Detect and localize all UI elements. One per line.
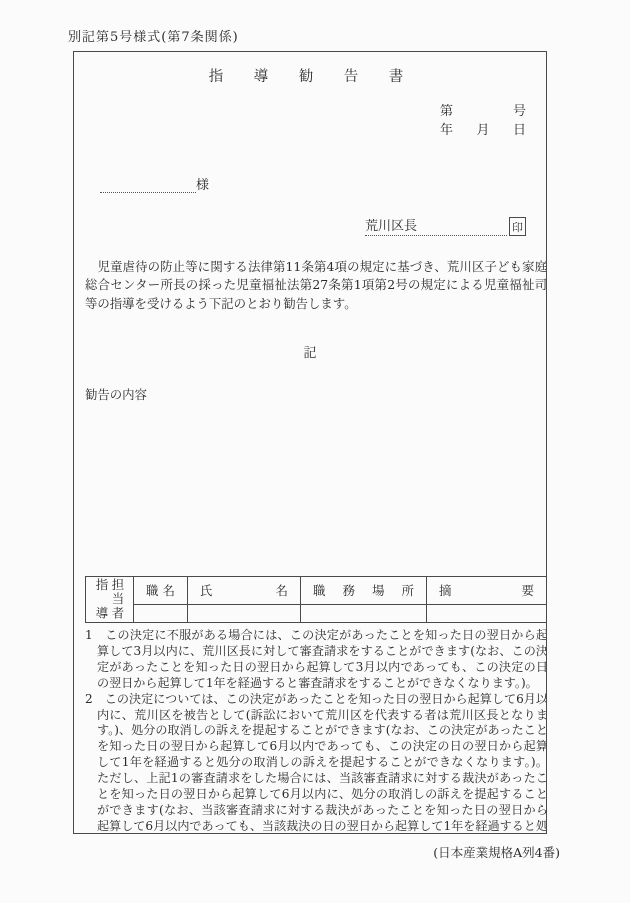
document-border-box: 指 導 勧 告 書 第 号 年 月 日 様 荒川区長 印 児童虐待の防止等に関す… [73, 51, 547, 834]
cell-work-place [301, 604, 427, 622]
document-page: 別記第5号様式(第7条関係) 指 導 勧 告 書 第 号 年 月 日 様 荒川区… [0, 0, 630, 903]
jis-paper-size-label: (日本産業規格A列4番) [433, 843, 560, 861]
date-day-label: 日 [513, 122, 526, 141]
document-number-line: 第 号 [440, 103, 526, 122]
document-date-line: 年 月 日 [440, 122, 526, 141]
recipient-line: 様 [100, 174, 209, 193]
ki-section-marker: 記 [74, 342, 546, 361]
note-2: 2 この決定については、この決定があったことを知った日の翌日から起算して6月以内… [85, 692, 547, 834]
staff-table: 指導 担当者 職名 氏名 職務場所 摘要 [85, 576, 547, 623]
seal-mark-label: 印 [512, 219, 523, 235]
corner-left-vertical-label: 指導 [95, 578, 108, 619]
table-corner-cell: 指導 担当者 [86, 577, 134, 623]
header-work-place: 職務場所 [301, 577, 427, 605]
body-paragraph: 児童虐待の防止等に関する法律第11条第4項の規定に基づき、荒川区子ども家庭総合セ… [85, 258, 547, 313]
number-suffix-label: 号 [513, 103, 526, 122]
recommendation-content-label: 勧告の内容 [85, 385, 147, 403]
note-1: 1 この決定に不服がある場合には、この決定があったことを知った日の翌日から起算し… [85, 628, 547, 692]
cell-name [188, 604, 301, 622]
date-year-label: 年 [440, 122, 453, 141]
cell-job-title [134, 604, 188, 622]
header-name: 氏名 [188, 577, 301, 605]
table-row [86, 604, 547, 622]
form-style-label: 別記第5号様式(第7条関係) [68, 26, 239, 45]
document-title: 指 導 勧 告 書 [74, 65, 546, 86]
date-month-label: 月 [476, 122, 489, 141]
table-header-row: 指導 担当者 職名 氏名 職務場所 摘要 [86, 577, 547, 605]
issuer-line: 荒川区長 印 [365, 215, 526, 236]
corner-vertical-wrap: 指導 担当者 [86, 577, 133, 622]
recipient-honorific-label: 様 [196, 178, 209, 193]
legal-notes: 1 この決定に不服がある場合には、この決定があったことを知った日の翌日から起算し… [85, 628, 547, 834]
number-date-block: 第 号 年 月 日 [440, 103, 526, 140]
seal-box: 印 [509, 217, 526, 236]
issuer-title-label: 荒川区長 [365, 215, 507, 236]
number-prefix-label: 第 [440, 103, 453, 122]
recipient-name-field [100, 177, 196, 193]
header-remarks: 摘要 [427, 577, 547, 605]
cell-remarks [427, 604, 547, 622]
corner-right-vertical-label: 担当者 [111, 578, 124, 619]
header-job-title: 職名 [134, 577, 188, 605]
